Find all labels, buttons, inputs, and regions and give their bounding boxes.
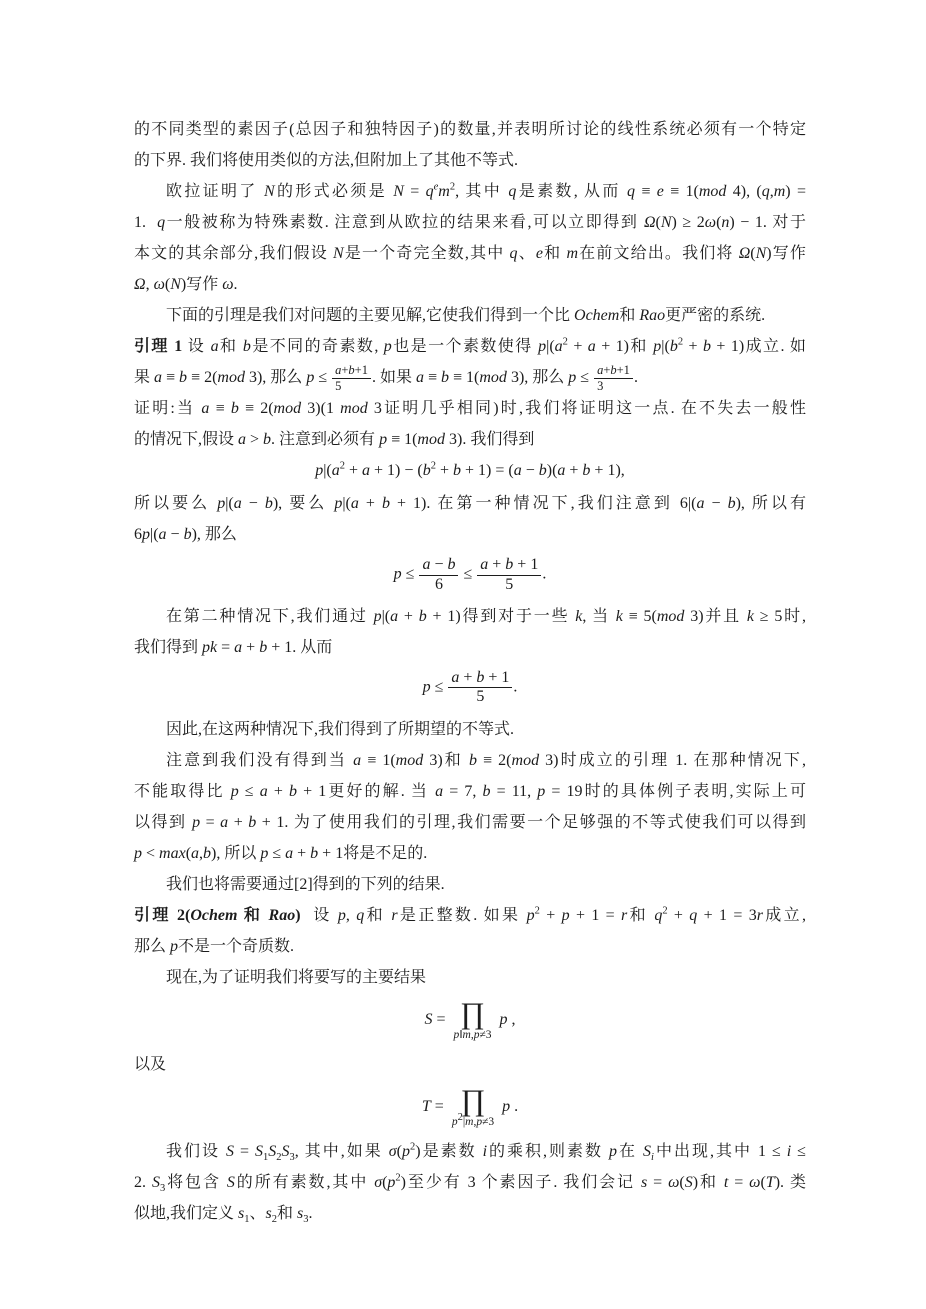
text-line: 我们也将需要通过[2]得到的下列的结果. bbox=[134, 869, 806, 900]
display-equation: T = ∏p2|m,p≠3 p . bbox=[134, 1080, 806, 1136]
display-equation: p|(a2 + a + 1) − (b2 + b + 1) = (a − b)(… bbox=[134, 455, 806, 488]
text-line: 注意到我们没有得到当 a ≡ 1(mod 3)和 b ≡ 2(mod 3)时成立… bbox=[134, 745, 806, 776]
text-line: 因此,在这两种情况下,我们得到了所期望的不等式. bbox=[134, 714, 806, 745]
document-body: 的不同类型的素因子(总因子和独特因子)的数量,并表明所讨论的线性系统必须有一个特… bbox=[134, 114, 806, 1229]
text-line: 引理 2(Ochem 和 Rao) 设 p, q和 r是正整数. 如果 p2 +… bbox=[134, 900, 806, 931]
text-line: 似地,我们定义 s1、s2和 s3. bbox=[134, 1198, 806, 1229]
text-line: 所以要么 p|(a − b), 要么 p|(a + b + 1). 在第一种情况… bbox=[134, 488, 806, 519]
text-line: 1. q一般被称为特殊素数. 注意到从欧拉的结果来看,可以立即得到 Ω(N) ≥… bbox=[134, 207, 806, 238]
text-line: 不能取得比 p ≤ a + b + 1更好的解. 当 a = 7, b = 11… bbox=[134, 776, 806, 807]
text-line: 以得到 p = a + b + 1. 为了使用我们的引理,我们需要一个足够强的不… bbox=[134, 807, 806, 838]
text-line: 6p|(a − b), 那么 bbox=[134, 519, 806, 550]
text-line: 的不同类型的素因子(总因子和独特因子)的数量,并表明所讨论的线性系统必须有一个特… bbox=[134, 114, 806, 145]
text-line: 那么 p不是一个奇质数. bbox=[134, 931, 806, 962]
text-line: 我们得到 pk = a + b + 1. 从而 bbox=[134, 632, 806, 663]
text-line: 本文的其余部分,我们假设 N是一个奇完全数,其中 q、e和 m在前文给出。我们将… bbox=[134, 238, 806, 269]
text-line: 2. S3将包含 S的所有素数,其中 σ(p2)至少有 3 个素因子. 我们会记… bbox=[134, 1167, 806, 1198]
text-line: p < max(a,b), 所以 p ≤ a + b + 1将是不足的. bbox=[134, 838, 806, 869]
text-line: 的情况下,假设 a > b. 注意到必须有 p ≡ 1(mod 3). 我们得到 bbox=[134, 424, 806, 455]
display-equation: p ≤ a + b + 15. bbox=[134, 663, 806, 714]
text-line: 欧拉证明了 N的形式必须是 N = qem2, 其中 q是素数, 从而 q ≡ … bbox=[134, 176, 806, 207]
paper-page: 的不同类型的素因子(总因子和独特因子)的数量,并表明所讨论的线性系统必须有一个特… bbox=[0, 0, 926, 1309]
text-line: 在第二种情况下,我们通过 p|(a + b + 1)得到对于一些 k, 当 k … bbox=[134, 601, 806, 632]
text-line: Ω, ω(N)写作 ω. bbox=[134, 269, 806, 300]
text-line: 我们设 S = S1S2S3, 其中,如果 σ(p2)是素数 i的乘积,则素数 … bbox=[134, 1136, 806, 1167]
text-line: 以及 bbox=[134, 1049, 806, 1080]
display-equation: S = ∏p‖m,p≠3 p , bbox=[134, 993, 806, 1049]
text-line: 果 a ≡ b ≡ 2(mod 3), 那么 p ≤ a+b+15. 如果 a … bbox=[134, 362, 806, 393]
text-line: 引理 1 设 a和 b是不同的奇素数, p也是一个素数使得 p|(a2 + a … bbox=[134, 331, 806, 362]
text-line: 现在,为了证明我们将要写的主要结果 bbox=[134, 962, 806, 993]
text-line: 下面的引理是我们对问题的主要见解,它使我们得到一个比 Ochem和 Rao更严密… bbox=[134, 300, 806, 331]
display-equation: p ≤ a − b6 ≤ a + b + 15. bbox=[134, 550, 806, 601]
text-line: 的下界. 我们将使用类似的方法,但附加上了其他不等式. bbox=[134, 145, 806, 176]
text-line: 证明:当 a ≡ b ≡ 2(mod 3)(1 mod 3证明几乎相同)时,我们… bbox=[134, 393, 806, 424]
